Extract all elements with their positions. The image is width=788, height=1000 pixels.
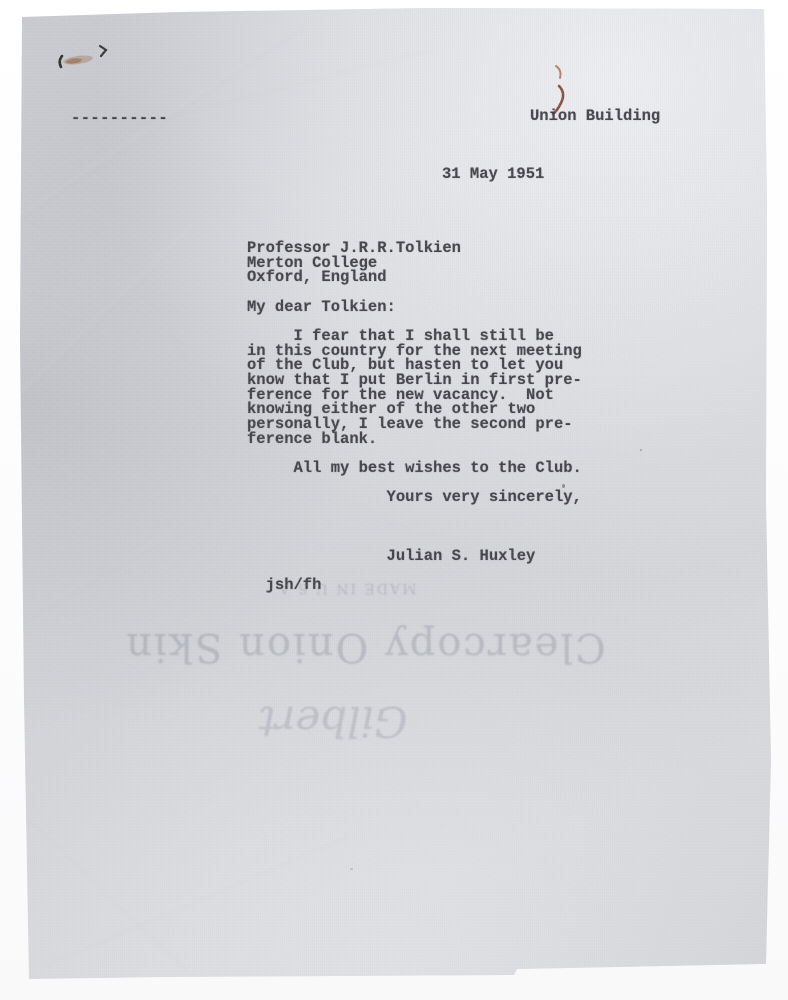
letter-page: Gilbert Clearcopy Onion Skin MADE IN U S…: [0, 0, 788, 1000]
paper-grain-texture: [0, 0, 788, 1000]
scan-background: Gilbert Clearcopy Onion Skin MADE IN U S…: [0, 0, 788, 1000]
